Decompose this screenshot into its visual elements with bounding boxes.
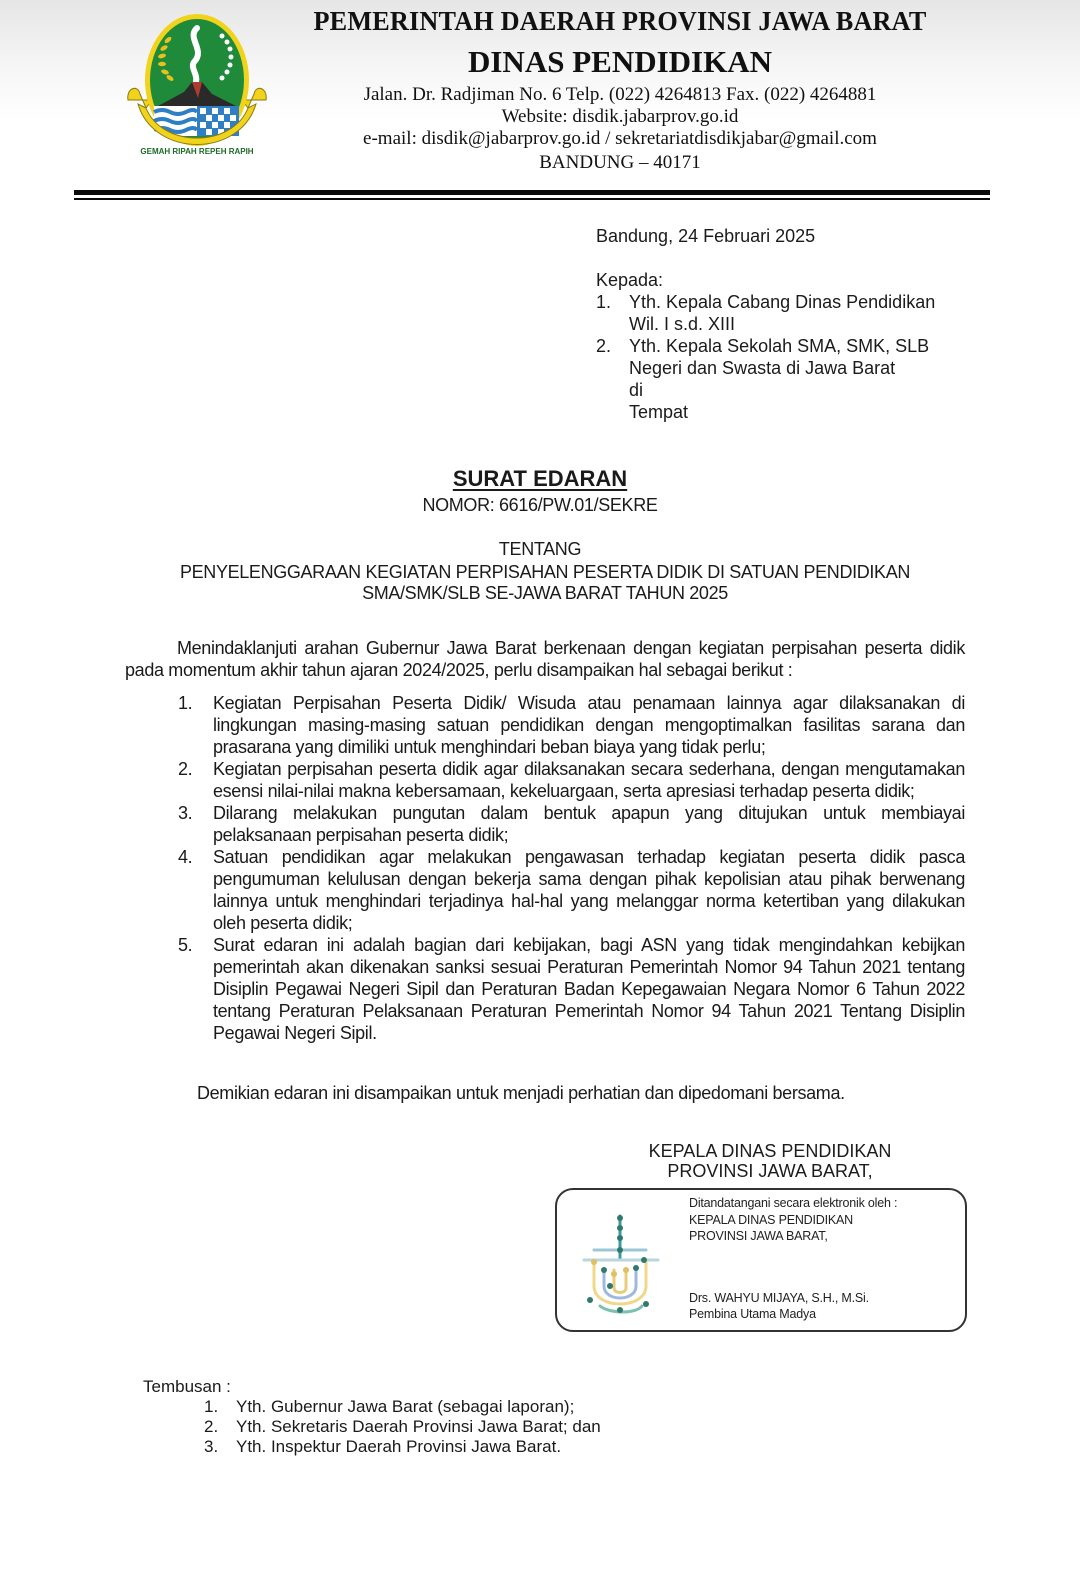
letterhead-city: BANDUNG – 40171 bbox=[250, 152, 990, 174]
recipient-di: di bbox=[629, 379, 929, 401]
letter-date: Bandung, 24 Februari 2025 bbox=[596, 225, 815, 247]
closing-paragraph: Demikian edaran ini disampaikan untuk me… bbox=[197, 1082, 845, 1104]
signer-name: Drs. WAHYU MIJAYA, S.H., M.Si. bbox=[689, 1290, 869, 1306]
letterhead-email: e-mail: disdik@jabarprov.go.id / sekreta… bbox=[250, 128, 990, 150]
recipients-label: Kepada: bbox=[596, 269, 663, 291]
jawa-barat-coat-of-arms-icon: GEMAH RIPAH REPEH RAPIH bbox=[124, 8, 270, 172]
signer-position-line-2: PROVINSI JAWA BARAT, bbox=[689, 1228, 828, 1244]
letterhead-website: Website: disdik.jabarprov.go.id bbox=[250, 106, 990, 128]
recipient-item: 2. Yth. Kepala Sekolah SMA, SMK, SLB Neg… bbox=[596, 335, 996, 423]
signer-rank: Pembina Utama Madya bbox=[689, 1306, 816, 1322]
policy-point: 1.Kegiatan Perpisahan Peserta Didik/ Wis… bbox=[178, 692, 965, 758]
letterhead-divider-thin bbox=[74, 198, 990, 200]
document-number: NOMOR: 6616/PW.01/SEKRE bbox=[0, 494, 1080, 516]
recipients-list: 1. Yth. Kepala Cabang Dinas Pendidikan W… bbox=[596, 291, 996, 423]
subject-label: TENTANG bbox=[0, 538, 1080, 560]
letterhead-government: PEMERINTAH DAERAH PROVINSI JAWA BARAT bbox=[261, 6, 979, 37]
recipient-tempat: Tempat bbox=[629, 401, 929, 423]
letterhead-agency: DINAS PENDIDIKAN bbox=[250, 44, 990, 80]
cc-item: 2.Yth. Sekretaris Daerah Provinsi Jawa B… bbox=[204, 1417, 601, 1437]
signed-electronically-label: Ditandatangani secara elektronik oleh : bbox=[689, 1195, 897, 1211]
policy-point: 4.Satuan pendidikan agar melakukan penga… bbox=[178, 846, 965, 934]
signatory-title-line-2: PROVINSI JAWA BARAT, bbox=[560, 1160, 980, 1182]
subject-line-1: PENYELENGGARAAN KEGIATAN PERPISAHAN PESE… bbox=[0, 561, 1080, 583]
recipient-item: 1. Yth. Kepala Cabang Dinas Pendidikan W… bbox=[596, 291, 996, 335]
policy-points-list: 1.Kegiatan Perpisahan Peserta Didik/ Wis… bbox=[178, 692, 965, 1044]
document-title: SURAT EDARAN bbox=[0, 466, 1080, 492]
cc-item: 1.Yth. Gubernur Jawa Barat (sebagai lapo… bbox=[204, 1397, 601, 1417]
cc-item: 3.Yth. Inspektur Daerah Provinsi Jawa Ba… bbox=[204, 1437, 601, 1457]
electronic-signature-logo-icon bbox=[580, 1210, 662, 1318]
signatory-title-line-1: KEPALA DINAS PENDIDIKAN bbox=[560, 1140, 980, 1162]
policy-point: 3.Dilarang melakukan pungutan dalam bent… bbox=[178, 802, 965, 846]
intro-paragraph: Menindaklanjuti arahan Gubernur Jawa Bar… bbox=[125, 637, 965, 681]
policy-point: 2.Kegiatan perpisahan peserta didik agar… bbox=[178, 758, 965, 802]
subject-line-2: SMA/SMK/SLB SE-JAWA BARAT TAHUN 2025 bbox=[0, 582, 1080, 604]
letterhead-address: Jalan. Dr. Radjiman No. 6 Telp. (022) 42… bbox=[250, 84, 990, 106]
cc-label: Tembusan : bbox=[143, 1377, 231, 1397]
cc-list: 1.Yth. Gubernur Jawa Barat (sebagai lapo… bbox=[204, 1397, 601, 1457]
letterhead-divider-thick bbox=[74, 190, 990, 195]
svg-text:GEMAH RIPAH REPEH RAPIH: GEMAH RIPAH REPEH RAPIH bbox=[140, 147, 253, 156]
policy-point: 5.Surat edaran ini adalah bagian dari ke… bbox=[178, 934, 965, 1044]
signer-position-line-1: KEPALA DINAS PENDIDIKAN bbox=[689, 1212, 853, 1228]
